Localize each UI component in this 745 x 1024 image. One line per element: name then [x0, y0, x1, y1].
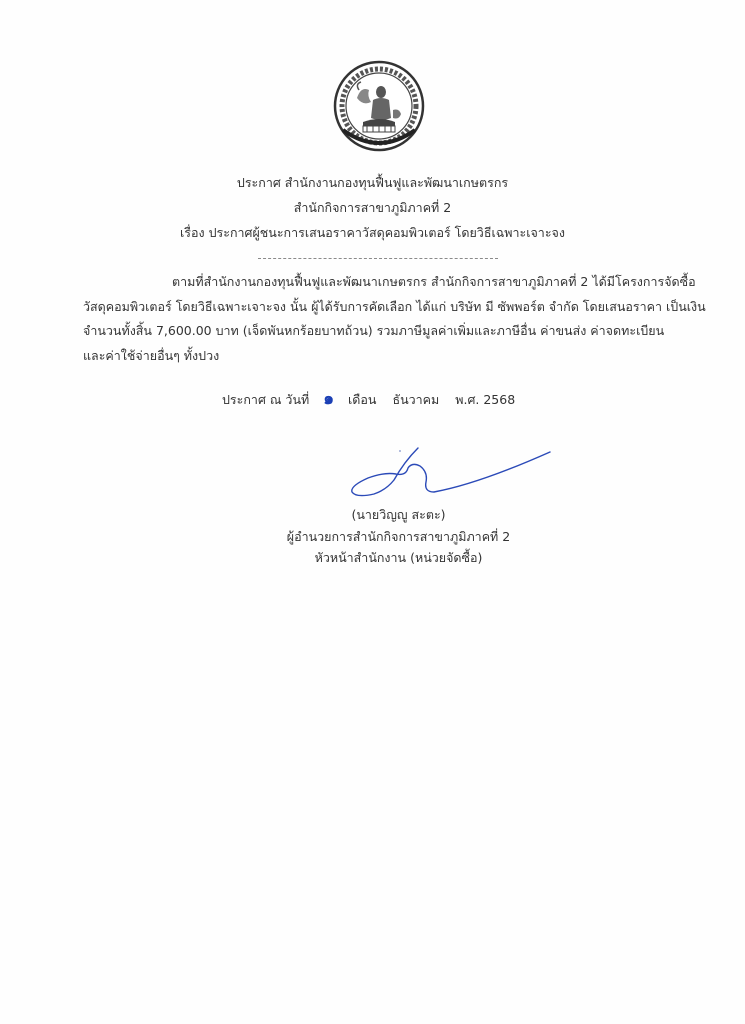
handwritten-signature-icon [338, 440, 558, 502]
date-prefix: ประกาศ ณ วันที่ [222, 392, 309, 407]
body-line-1: ตามที่สำนักงานกองทุนฟื้นฟูและพัฒนาเกษตรก… [83, 270, 663, 295]
month-label: เดือน [348, 392, 376, 407]
signatory-name: (นายวิญญู สะตะ) [0, 506, 745, 524]
document-page: ประกาศ สำนักงานกองทุนฟื้นฟูและพัฒนาเกษตร… [0, 0, 745, 1024]
body-line-4: และค่าใช้จ่ายอื่นๆ ทั้งปวง [83, 344, 663, 369]
body-line-2: วัสดุคอมพิวเตอร์ โดยวิธีเฉพาะเจาะจง นั้น… [83, 295, 663, 320]
year-label: พ.ศ. [455, 392, 479, 407]
announcement-body: ตามที่สำนักงานกองทุนฟื้นฟูและพัฒนาเกษตรก… [83, 270, 663, 368]
dashed-divider [258, 258, 498, 259]
announcement-date: ประกาศ ณ วันที่ ๑ เดือน ธันวาคม พ.ศ. 256… [222, 385, 515, 412]
signatory-position: ผู้อำนวยการสำนักกิจการสาขาภูมิภาคที่ 2 [0, 528, 745, 546]
subject-line: เรื่อง ประกาศผู้ชนะการเสนอราคาวัสดุคอมพิ… [0, 224, 745, 242]
signatory-role: หัวหน้าสำนักงาน (หน่วยจัดซื้อ) [0, 549, 745, 567]
agency-seal-logo-icon [333, 60, 425, 152]
month-value: ธันวาคม [392, 392, 439, 407]
office-name: สำนักกิจการสาขาภูมิภาคที่ 2 [0, 199, 745, 217]
announcement-title: ประกาศ สำนักงานกองทุนฟื้นฟูและพัฒนาเกษตร… [0, 174, 745, 192]
handwritten-day: ๑ [323, 389, 334, 409]
body-line-3: จำนวนทั้งสิ้น 7,600.00 บาท (เจ็ดพันหกร้อ… [83, 319, 663, 344]
year-value: 2568 [483, 392, 515, 407]
